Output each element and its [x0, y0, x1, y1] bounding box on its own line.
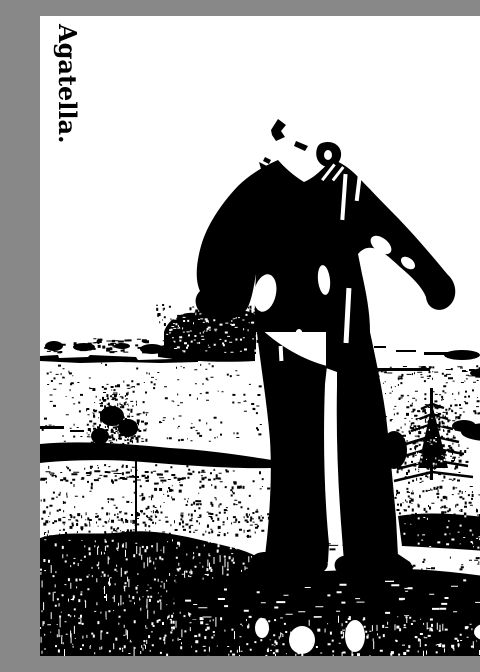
bottom-strip	[192, 614, 480, 656]
left-shoe	[250, 552, 328, 577]
watermark-text: Agatella.	[53, 23, 82, 143]
photo-canvas: Agatella.	[40, 16, 480, 656]
photo: Agatella.	[40, 16, 480, 656]
ear-highlight	[324, 150, 332, 160]
